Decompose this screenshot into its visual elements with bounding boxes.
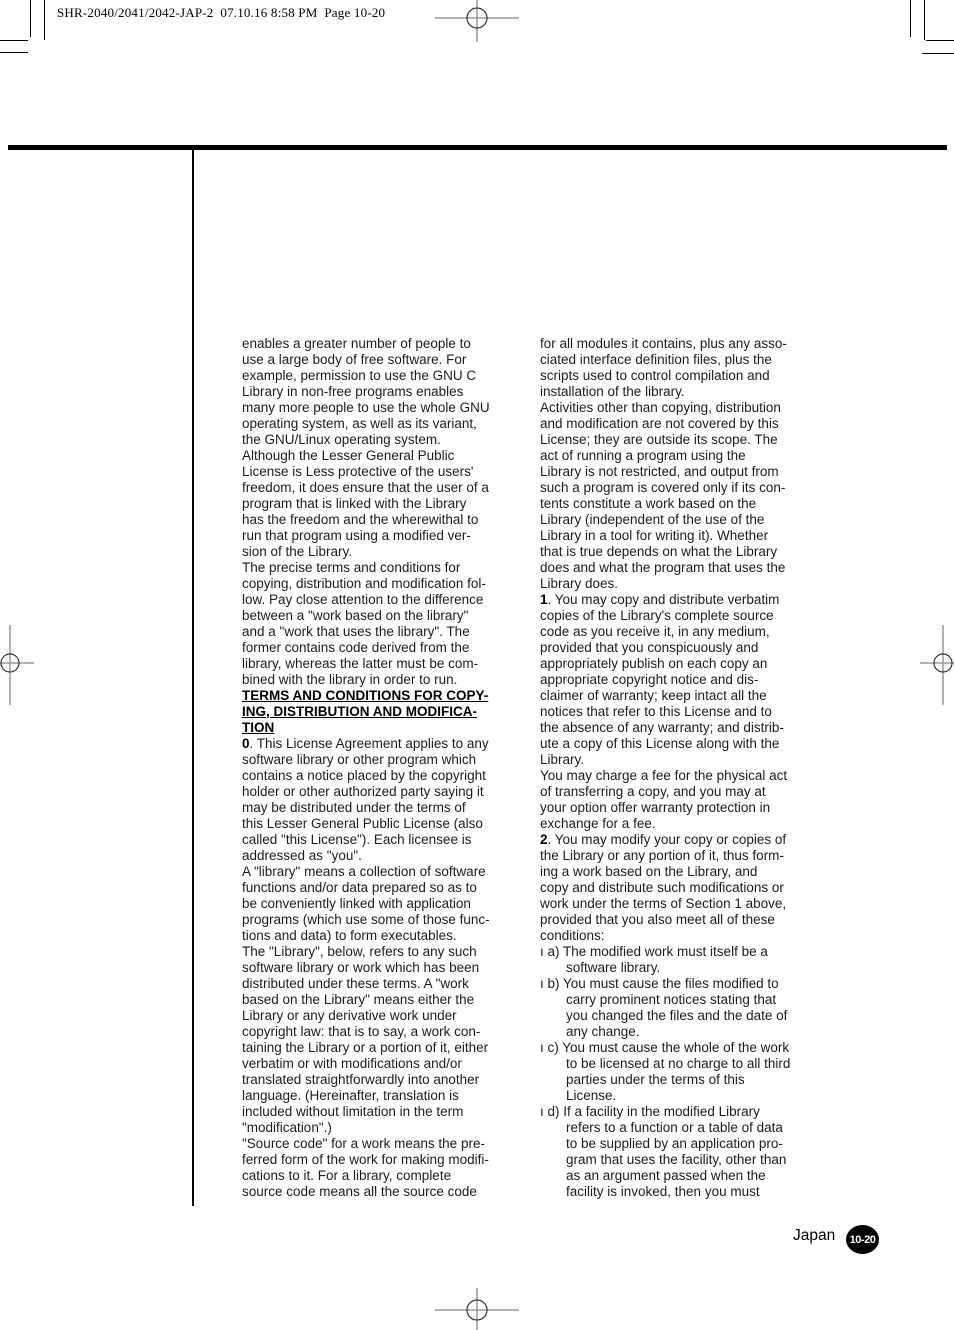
text-line: use a large body of free software. For bbox=[242, 352, 534, 368]
crop-mark-line bbox=[44, 0, 45, 40]
text-line: former contains code derived from the bbox=[242, 640, 534, 656]
text-line: The "Library", below, refers to any such bbox=[242, 944, 534, 960]
text-line: ı b) You must cause the files modified t… bbox=[540, 976, 832, 992]
text-line: provided that you conspicuously and bbox=[540, 640, 832, 656]
text-line: included without limitation in the term bbox=[242, 1104, 534, 1120]
text-line: appropriate copyright notice and dis- bbox=[540, 672, 832, 688]
text-line: verbatim or with modifications and/or bbox=[242, 1056, 534, 1072]
text-line: provided that you also meet all of these bbox=[540, 912, 832, 928]
crop-mark-line bbox=[910, 0, 911, 37]
crop-mark-line bbox=[0, 40, 28, 41]
text-line: software library or other program which bbox=[242, 752, 534, 768]
text-line: bined with the library in order to run. bbox=[242, 672, 534, 688]
text-line: to be supplied by an application pro- bbox=[540, 1136, 832, 1152]
text-line: exchange for a fee. bbox=[540, 816, 832, 832]
text-line: programs (which use some of those func- bbox=[242, 912, 534, 928]
text-line: copyright law: that is to say, a work co… bbox=[242, 1024, 534, 1040]
registration-mark-left-icon bbox=[0, 620, 40, 710]
text-line: and modification are not covered by this bbox=[540, 416, 832, 432]
text-line: A "library" means a collection of softwa… bbox=[242, 864, 534, 880]
text-line: to be licensed at no charge to all third bbox=[540, 1056, 832, 1072]
footer-region-label: Japan bbox=[793, 1227, 835, 1245]
license-column-right: for all modules it contains, plus any as… bbox=[540, 336, 832, 1200]
text-line: copy and distribute such modifications o… bbox=[540, 880, 832, 896]
text-line: the GNU/Linux operating system. bbox=[242, 432, 534, 448]
text-line: you changed the files and the date of bbox=[540, 1008, 832, 1024]
vertical-rule bbox=[192, 150, 194, 1206]
text-line: claimer of warranty; keep intact all the bbox=[540, 688, 832, 704]
text-line: enables a greater number of people to bbox=[242, 336, 534, 352]
text-line: has the freedom and the wherewithal to bbox=[242, 512, 534, 528]
text-line: The precise terms and conditions for bbox=[242, 560, 534, 576]
text-line: ı a) The modified work must itself be a bbox=[540, 944, 832, 960]
text-line: cations to it. For a library, complete bbox=[242, 1168, 534, 1184]
header-slug: SHR-2040/2041/2042-JAP-2 07.10.16 8:58 P… bbox=[57, 5, 385, 21]
text-line: ı d) If a facility in the modified Libra… bbox=[540, 1104, 832, 1120]
text-line: distributed under these terms. A "work bbox=[242, 976, 534, 992]
text-line: License. bbox=[540, 1088, 832, 1104]
section-number: 0 bbox=[242, 736, 250, 751]
text-line: installation of the library. bbox=[540, 384, 832, 400]
text-line: TION bbox=[242, 720, 534, 736]
text-line: source code means all the source code bbox=[242, 1184, 534, 1200]
text-line: 1. You may copy and distribute verbatim bbox=[540, 592, 832, 608]
text-line: functions and/or data prepared so as to bbox=[242, 880, 534, 896]
text-line: code as you receive it, in any medium, bbox=[540, 624, 832, 640]
crop-mark-line bbox=[0, 52, 28, 53]
license-column-left: enables a greater number of people touse… bbox=[242, 336, 534, 1200]
text-line: taining the Library or a portion of it, … bbox=[242, 1040, 534, 1056]
crop-mark-line bbox=[924, 0, 925, 40]
text-line: ING, DISTRIBUTION AND MODIFICA- bbox=[242, 704, 534, 720]
text-line: between a "work based on the library" bbox=[242, 608, 534, 624]
document-page: SHR-2040/2041/2042-JAP-2 07.10.16 8:58 P… bbox=[0, 0, 954, 1330]
text-line: "modification".) bbox=[242, 1120, 534, 1136]
text-line: Library in a tool for writing it). Wheth… bbox=[540, 528, 832, 544]
text-line: your option offer warranty protection in bbox=[540, 800, 832, 816]
text-line: ute a copy of this License along with th… bbox=[540, 736, 832, 752]
registration-mark-top-center-icon bbox=[430, 0, 524, 50]
section-number: 1 bbox=[540, 592, 548, 607]
text-line: of transferring a copy, and you may at bbox=[540, 784, 832, 800]
text-line: Library or any derivative work under bbox=[242, 1008, 534, 1024]
text-line: this Lesser General Public License (also bbox=[242, 816, 534, 832]
text-line: gram that uses the facility, other than bbox=[540, 1152, 832, 1168]
text-line: copies of the Library's complete source bbox=[540, 608, 832, 624]
text-line: Library. bbox=[540, 752, 832, 768]
text-line: scripts used to control compilation and bbox=[540, 368, 832, 384]
text-line: such a program is covered only if its co… bbox=[540, 480, 832, 496]
text-line: library, whereas the latter must be com- bbox=[242, 656, 534, 672]
text-line: Although the Lesser General Public bbox=[242, 448, 534, 464]
text-line: sion of the Library. bbox=[242, 544, 534, 560]
text-line: many more people to use the whole GNU bbox=[242, 400, 534, 416]
text-line: parties under the terms of this bbox=[540, 1072, 832, 1088]
text-line: Activities other than copying, distribut… bbox=[540, 400, 832, 416]
text-line: 2. You may modify your copy or copies of bbox=[540, 832, 832, 848]
text-line: the absence of any warranty; and distrib… bbox=[540, 720, 832, 736]
text-line: work under the terms of Section 1 above, bbox=[540, 896, 832, 912]
text-line: contains a notice placed by the copyrigh… bbox=[242, 768, 534, 784]
text-line: ciated interface definition files, plus … bbox=[540, 352, 832, 368]
page-number-badge: 10-20 bbox=[846, 1225, 879, 1254]
text-line: Library (independent of the use of the bbox=[540, 512, 832, 528]
text-line: TERMS AND CONDITIONS FOR COPY- bbox=[242, 688, 534, 704]
text-line: be conveniently linked with application bbox=[242, 896, 534, 912]
text-line: facility is invoked, then you must bbox=[540, 1184, 832, 1200]
text-line: low. Pay close attention to the differen… bbox=[242, 592, 534, 608]
text-line: ı c) You must cause the whole of the wor… bbox=[540, 1040, 832, 1056]
text-line: holder or other authorized party saying … bbox=[242, 784, 534, 800]
text-line: language. (Hereinafter, translation is bbox=[242, 1088, 534, 1104]
text-line: License is Less protective of the users' bbox=[242, 464, 534, 480]
registration-mark-bottom-center-icon bbox=[430, 1285, 524, 1330]
text-line: carry prominent notices stating that bbox=[540, 992, 832, 1008]
registration-mark-right-icon bbox=[914, 620, 954, 710]
text-line: License; they are outside its scope. The bbox=[540, 432, 832, 448]
text-line: Library does. bbox=[540, 576, 832, 592]
text-line: software library. bbox=[540, 960, 832, 976]
text-line: run that program using a modified ver- bbox=[242, 528, 534, 544]
text-line: freedom, it does ensure that the user of… bbox=[242, 480, 534, 496]
text-line: the Library or any portion of it, thus f… bbox=[540, 848, 832, 864]
text-line: appropriately publish on each copy an bbox=[540, 656, 832, 672]
crop-mark-line bbox=[30, 0, 31, 37]
text-line: based on the Library" means either the bbox=[242, 992, 534, 1008]
text-line: program that is linked with the Library bbox=[242, 496, 534, 512]
text-line: 0. This License Agreement applies to any bbox=[242, 736, 534, 752]
text-line: example, permission to use the GNU C bbox=[242, 368, 534, 384]
text-line: You may charge a fee for the physical ac… bbox=[540, 768, 832, 784]
text-line: as an argument passed when the bbox=[540, 1168, 832, 1184]
text-line: copying, distribution and modification f… bbox=[242, 576, 534, 592]
crop-mark-line bbox=[926, 40, 954, 41]
text-line: may be distributed under the terms of bbox=[242, 800, 534, 816]
text-line: software library or work which has been bbox=[242, 960, 534, 976]
text-line: for all modules it contains, plus any as… bbox=[540, 336, 832, 352]
text-line: ing a work based on the Library, and bbox=[540, 864, 832, 880]
text-line: Library is not restricted, and output fr… bbox=[540, 464, 832, 480]
text-line: "Source code" for a work means the pre- bbox=[242, 1136, 534, 1152]
text-line: called "this License"). Each licensee is bbox=[242, 832, 534, 848]
section-number: 2 bbox=[540, 832, 548, 847]
text-line: does and what the program that uses the bbox=[540, 560, 832, 576]
text-line: refers to a function or a table of data bbox=[540, 1120, 832, 1136]
text-line: any change. bbox=[540, 1024, 832, 1040]
text-line: ferred form of the work for making modif… bbox=[242, 1152, 534, 1168]
text-line: tions and data) to form executables. bbox=[242, 928, 534, 944]
text-line: addressed as "you". bbox=[242, 848, 534, 864]
text-line: conditions: bbox=[540, 928, 832, 944]
text-line: that is true depends on what the Library bbox=[540, 544, 832, 560]
text-line: act of running a program using the bbox=[540, 448, 832, 464]
text-line: operating system, as well as its variant… bbox=[242, 416, 534, 432]
horizontal-rule bbox=[8, 145, 947, 150]
text-line: and a "work that uses the library". The bbox=[242, 624, 534, 640]
crop-mark-line bbox=[922, 53, 954, 54]
text-line: tents constitute a work based on the bbox=[540, 496, 832, 512]
text-line: notices that refer to this License and t… bbox=[540, 704, 832, 720]
text-line: Library in non-free programs enables bbox=[242, 384, 534, 400]
text-line: translated straightforwardly into anothe… bbox=[242, 1072, 534, 1088]
